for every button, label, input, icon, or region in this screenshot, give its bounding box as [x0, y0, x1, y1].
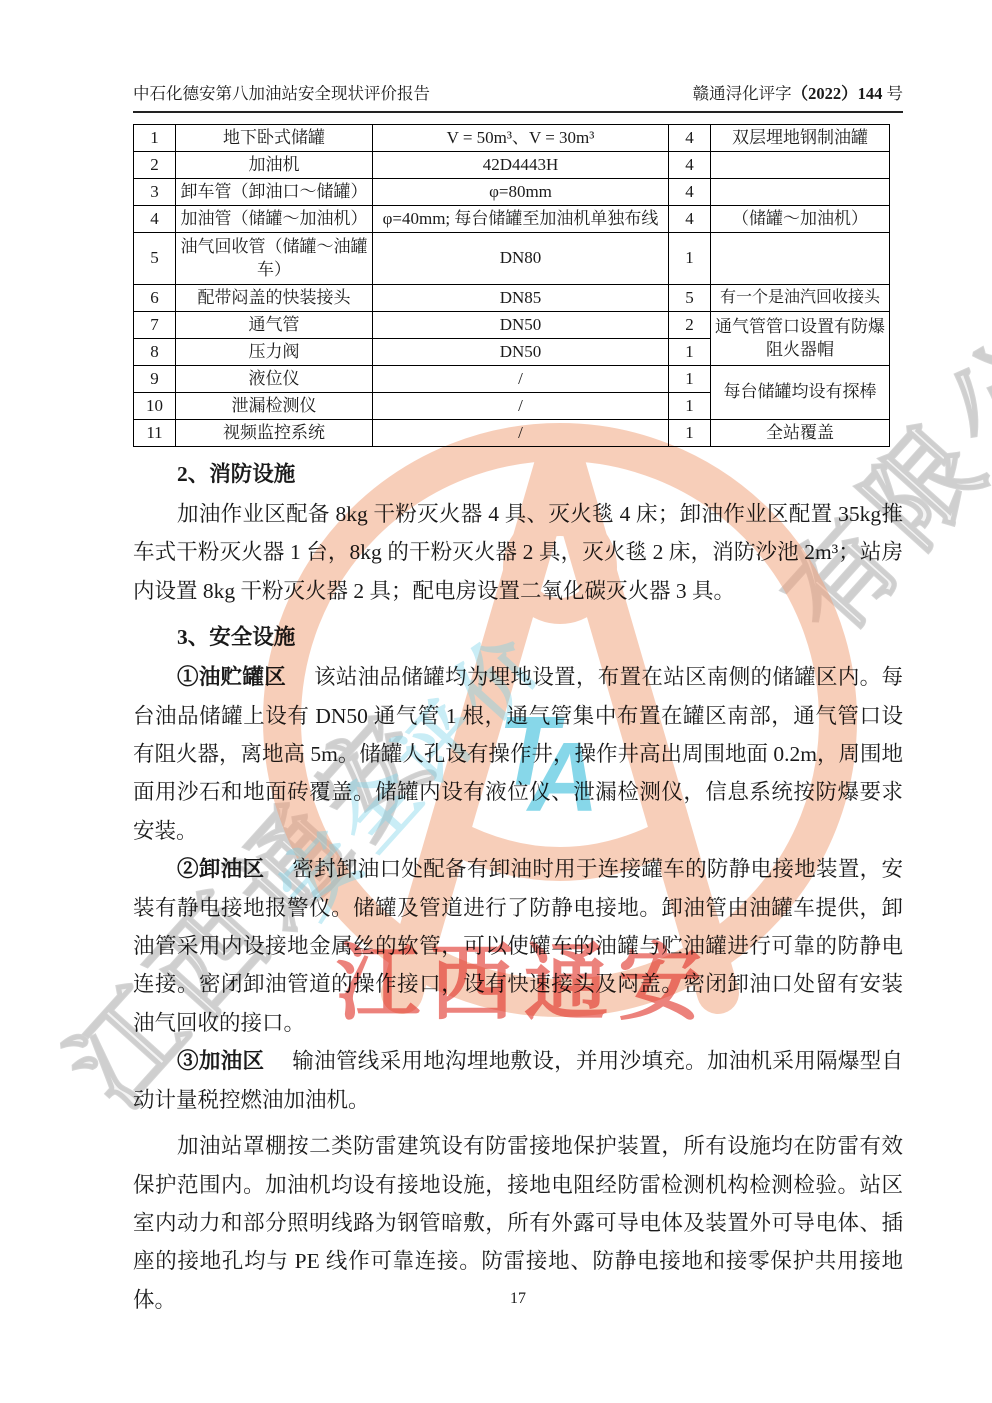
cell-no: 11 — [134, 420, 176, 447]
cell-qty: 5 — [669, 285, 711, 312]
cell-qty: 1 — [669, 366, 711, 393]
cell-spec: V = 50m³、V = 30m³ — [373, 125, 669, 152]
cell-name: 地下卧式储罐 — [176, 125, 373, 152]
table-row: 3 卸车管（卸油口～储罐） φ=80mm 4 — [134, 179, 890, 206]
table-row: 4 加油管（储罐～加油机） φ=40mm; 每台储罐至加油机单独布线 4 （储罐… — [134, 206, 890, 233]
table-row: 11 视频监控系统 / 1 全站覆盖 — [134, 420, 890, 447]
cell-name: 加油管（储罐～加油机） — [176, 206, 373, 233]
cell-name: 卸车管（卸油口～储罐） — [176, 179, 373, 206]
document-number: 赣通浔化评字（2022）144 号 — [693, 80, 903, 104]
cell-no: 3 — [134, 179, 176, 206]
table-row: 1 地下卧式储罐 V = 50m³、V = 30m³ 4 双层埋地钢制油罐 — [134, 125, 890, 152]
cell-name: 液位仪 — [176, 366, 373, 393]
cell-name: 油气回收管（储罐～油罐车） — [176, 233, 373, 285]
cell-note — [711, 152, 890, 179]
doc-number-prefix: 赣通浔化评字 — [693, 84, 792, 103]
cell-note: 通气管管口设置有防爆阻火器帽 — [711, 312, 890, 366]
fire-section: 2、消防设施 加油作业区配备 8kg 干粉灭火器 4 具、灭火毯 4 床；卸油作… — [133, 461, 903, 610]
safety-section: 3、安全设施 ①油贮罐区该站油品储罐均为埋地设置，布置在站区南侧的储罐区内。每台… — [133, 624, 903, 1319]
table-row: 7 通气管 DN50 2 通气管管口设置有防爆阻火器帽 — [134, 312, 890, 339]
page-header: 中石化德安第八加油站安全现状评价报告 赣通浔化评字（2022）144 号 — [133, 80, 903, 113]
cell-note — [711, 233, 890, 285]
cell-no: 9 — [134, 366, 176, 393]
fire-section-heading: 2、消防设施 — [133, 461, 903, 487]
fire-section-paragraph: 加油作业区配备 8kg 干粉灭火器 4 具、灭火毯 4 床；卸油作业区配置 35… — [133, 495, 903, 610]
cell-no: 7 — [134, 312, 176, 339]
cell-name: 通气管 — [176, 312, 373, 339]
doc-number-value: （2022）144 — [792, 84, 883, 103]
table-row: 6 配带闷盖的快装接头 DN85 5 有一个是油汽回收接头 — [134, 285, 890, 312]
report-title: 中石化德安第八加油站安全现状评价报告 — [133, 80, 430, 104]
table-row: 5 油气回收管（储罐～油罐车） DN80 1 — [134, 233, 890, 285]
tank-area-lead: ①油贮罐区 — [177, 665, 286, 689]
page-content: 中石化德安第八加油站安全现状评价报告 赣通浔化评字（2022）144 号 1 地… — [133, 80, 903, 1319]
tank-area-text: 该站油品储罐均为埋地设置，布置在站区南侧的储罐区内。每台油品储罐上设有 DN50… — [133, 665, 903, 843]
cell-qty: 4 — [669, 152, 711, 179]
cell-qty: 4 — [669, 179, 711, 206]
paragraph-tank-area: ①油贮罐区该站油品储罐均为埋地设置，布置在站区南侧的储罐区内。每台油品储罐上设有… — [133, 658, 903, 850]
cell-qty: 1 — [669, 420, 711, 447]
page-number: 17 — [133, 1290, 903, 1308]
paragraph-unloading-area: ②卸油区密封卸油口处配备有卸油时用于连接罐车的防静电接地装置，安装有静电接地报警… — [133, 850, 903, 1042]
cell-qty: 4 — [669, 206, 711, 233]
equipment-table: 1 地下卧式储罐 V = 50m³、V = 30m³ 4 双层埋地钢制油罐 2 … — [133, 124, 890, 447]
cell-spec: / — [373, 393, 669, 420]
doc-number-suffix: 号 — [882, 84, 903, 103]
cell-spec: DN50 — [373, 339, 669, 366]
cell-spec: 42D4443H — [373, 152, 669, 179]
cell-name: 泄漏检测仪 — [176, 393, 373, 420]
cell-spec: / — [373, 420, 669, 447]
cell-no: 10 — [134, 393, 176, 420]
cell-note: 全站覆盖 — [711, 420, 890, 447]
cell-no: 8 — [134, 339, 176, 366]
unloading-area-text: 密封卸油口处配备有卸油时用于连接罐车的防静电接地装置，安装有静电接地报警仪。储罐… — [133, 857, 903, 1035]
cell-qty: 1 — [669, 339, 711, 366]
cell-qty: 2 — [669, 312, 711, 339]
cell-no: 4 — [134, 206, 176, 233]
cell-no: 2 — [134, 152, 176, 179]
cell-note: （储罐～加油机） — [711, 206, 890, 233]
cell-name: 视频监控系统 — [176, 420, 373, 447]
cell-no: 6 — [134, 285, 176, 312]
table-row: 2 加油机 42D4443H 4 — [134, 152, 890, 179]
cell-name: 加油机 — [176, 152, 373, 179]
cell-qty: 1 — [669, 393, 711, 420]
cell-spec: φ=80mm — [373, 179, 669, 206]
cell-qty: 1 — [669, 233, 711, 285]
cell-spec: DN50 — [373, 312, 669, 339]
cell-spec: / — [373, 366, 669, 393]
cell-note: 每台储罐均设有探棒 — [711, 366, 890, 420]
cell-no: 5 — [134, 233, 176, 285]
cell-no: 1 — [134, 125, 176, 152]
refueling-area-lead: ③加油区 — [177, 1049, 264, 1073]
cell-spec: DN85 — [373, 285, 669, 312]
cell-name: 配带闷盖的快装接头 — [176, 285, 373, 312]
paragraph-refueling-area: ③加油区输油管线采用地沟埋地敷设，并用沙填充。加油机采用隔爆型自动计量税控燃油加… — [133, 1042, 903, 1119]
cell-name: 压力阀 — [176, 339, 373, 366]
safety-section-heading: 3、安全设施 — [133, 624, 903, 650]
cell-spec: φ=40mm; 每台储罐至加油机单独布线 — [373, 206, 669, 233]
table-row: 9 液位仪 / 1 每台储罐均设有探棒 — [134, 366, 890, 393]
cell-qty: 4 — [669, 125, 711, 152]
cell-note: 有一个是油汽回收接头 — [711, 285, 890, 312]
document-page: 中石化德安第八加油站安全现状评价报告 赣通浔化评字（2022）144 号 1 地… — [0, 0, 992, 1403]
cell-note — [711, 179, 890, 206]
unloading-area-lead: ②卸油区 — [177, 857, 264, 881]
cell-spec: DN80 — [373, 233, 669, 285]
cell-note: 双层埋地钢制油罐 — [711, 125, 890, 152]
